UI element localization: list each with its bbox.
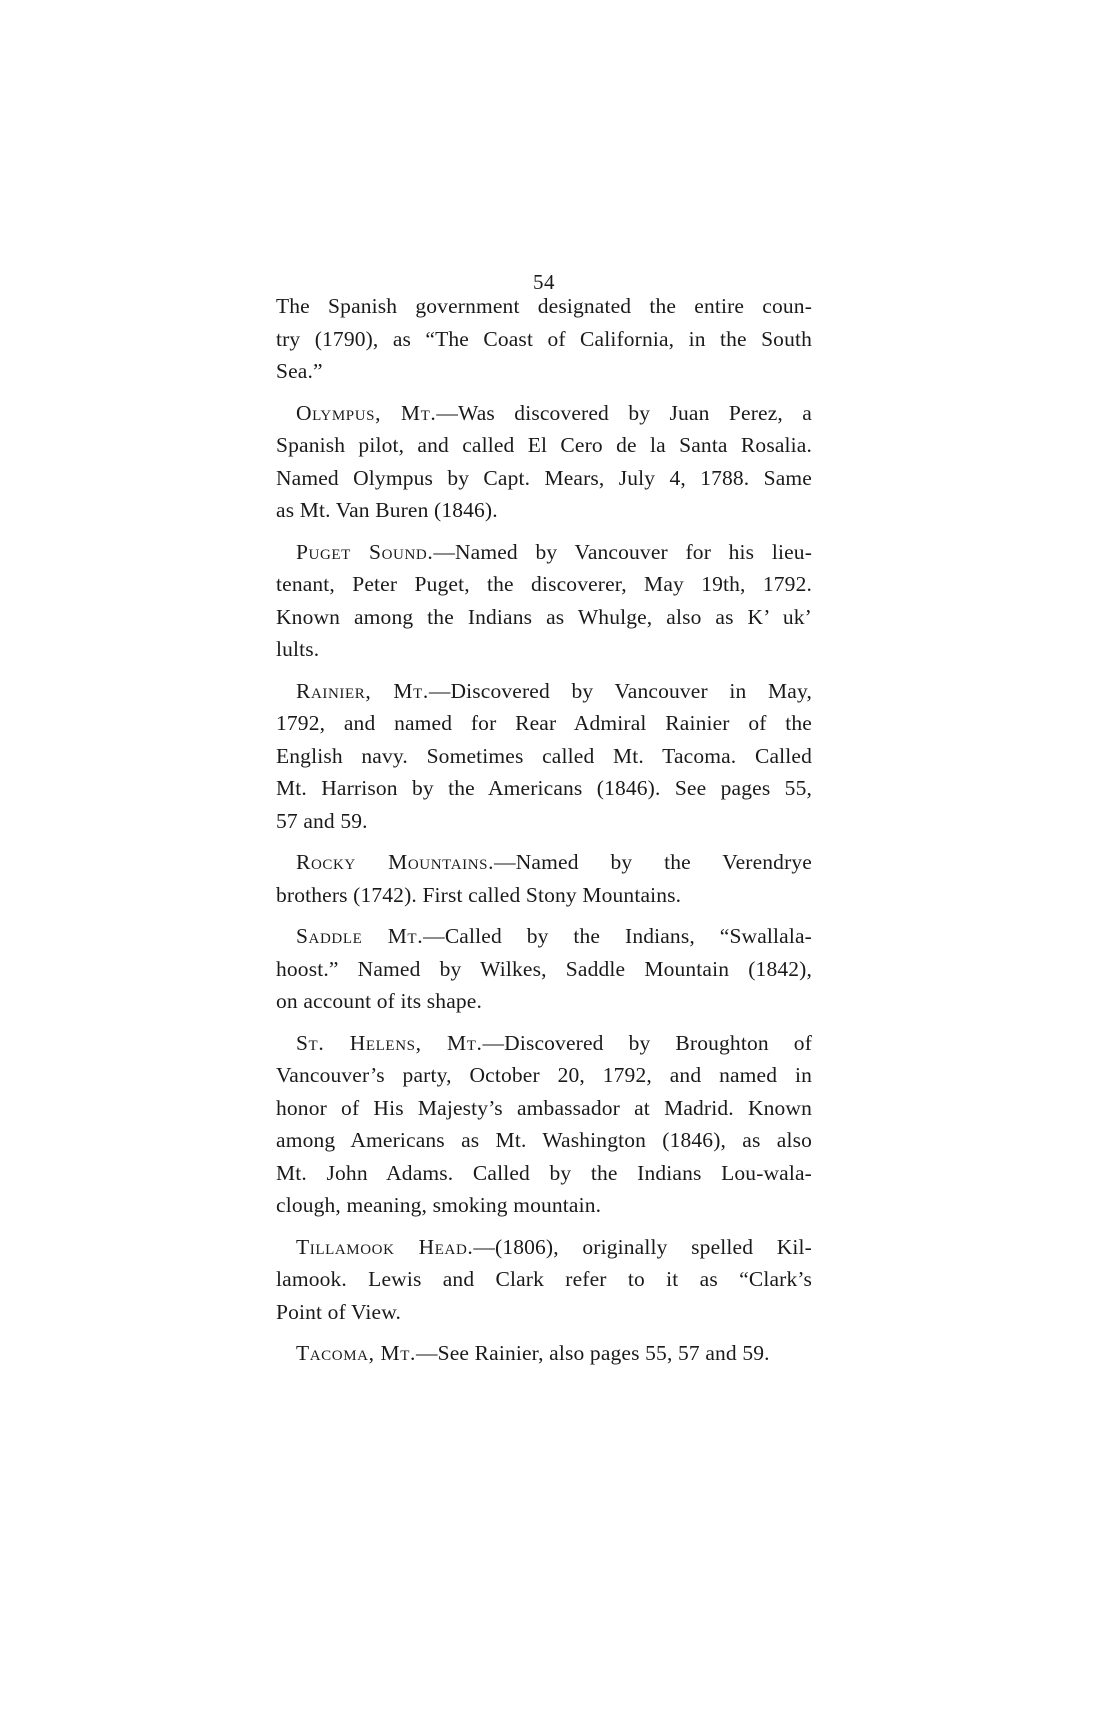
paragraph-coast-of-california: The Spanish government designated the en… bbox=[276, 290, 812, 388]
text-line: tenant, Peter Puget, the discoverer, May… bbox=[276, 568, 812, 601]
entry-text: —(1806), originally spelled Kil- bbox=[473, 1235, 812, 1259]
text-line: The Spanish government designated the en… bbox=[276, 290, 812, 323]
text-line: try (1790), as “The Coast of California,… bbox=[276, 323, 812, 356]
text-line: honor of His Majesty’s ambassador at Mad… bbox=[276, 1092, 812, 1125]
text-line: Named Olympus by Capt. Mears, July 4, 17… bbox=[276, 462, 812, 495]
text-line: on account of its shape. bbox=[276, 985, 812, 1018]
entry-tacoma: Tacoma, Mt.—See Rainier, also pages 55, … bbox=[276, 1337, 812, 1370]
entry-heading: Olympus, Mt. bbox=[296, 401, 436, 425]
entry-heading: Saddle Mt. bbox=[296, 924, 423, 948]
entry-heading: Rocky Mountains. bbox=[296, 850, 494, 874]
text-line: lults. bbox=[276, 633, 812, 666]
text-line: clough, meaning, smoking mountain. bbox=[276, 1189, 812, 1222]
text-line: Mt. Harrison by the Americans (1846). Se… bbox=[276, 772, 812, 805]
entry-first-line: Olympus, Mt.—Was discovered by Juan Pere… bbox=[276, 397, 812, 430]
entry-text: —Called by the Indians, “Swallala- bbox=[423, 924, 812, 948]
text-line: Point of View. bbox=[276, 1296, 812, 1329]
text-line: 57 and 59. bbox=[276, 805, 812, 838]
entry-first-line: Rainier, Mt.—Discovered by Vancouver in … bbox=[276, 675, 812, 708]
text-line: Sea.” bbox=[276, 355, 812, 388]
entry-saddle-mt: Saddle Mt.—Called by the Indians, “Swall… bbox=[276, 920, 812, 1018]
text-line: Mt. John Adams. Called by the Indians Lo… bbox=[276, 1157, 812, 1190]
entry-first-line: Saddle Mt.—Called by the Indians, “Swall… bbox=[276, 920, 812, 953]
entry-rocky-mountains: Rocky Mountains.—Named by the Verendrye … bbox=[276, 846, 812, 911]
entry-text: —Was discovered by Juan Perez, a bbox=[436, 401, 812, 425]
text-line: lamook. Lewis and Clark refer to it as “… bbox=[276, 1263, 812, 1296]
entry-heading: Tacoma, Mt. bbox=[296, 1341, 416, 1365]
entry-first-line: Tacoma, Mt.—See Rainier, also pages 55, … bbox=[276, 1337, 812, 1370]
entry-heading: Tillamook Head. bbox=[296, 1235, 473, 1259]
entry-olympus: Olympus, Mt.—Was discovered by Juan Pere… bbox=[276, 397, 812, 527]
entry-heading: Puget Sound. bbox=[296, 540, 433, 564]
entry-first-line: St. Helens, Mt.—Discovered by Broughton … bbox=[276, 1027, 812, 1060]
text-line: Spanish pilot, and called El Cero de la … bbox=[276, 429, 812, 462]
text-line: as Mt. Van Buren (1846). bbox=[276, 494, 812, 527]
entry-tillamook-head: Tillamook Head.—(1806), originally spell… bbox=[276, 1231, 812, 1329]
entry-text: —Discovered by Broughton of bbox=[483, 1031, 813, 1055]
entry-heading: Rainier, Mt. bbox=[296, 679, 429, 703]
entry-rainier: Rainier, Mt.—Discovered by Vancouver in … bbox=[276, 675, 812, 838]
entry-first-line: Rocky Mountains.—Named by the Verendrye bbox=[276, 846, 812, 879]
text-line: Vancouver’s party, October 20, 1792, and… bbox=[276, 1059, 812, 1092]
text-line: 1792, and named for Rear Admiral Rainier… bbox=[276, 707, 812, 740]
page-body: The Spanish government designated the en… bbox=[276, 290, 812, 1370]
text-line: hoost.” Named by Wilkes, Saddle Mountain… bbox=[276, 953, 812, 986]
entry-text: —Discovered by Vancouver in May, bbox=[429, 679, 812, 703]
entry-first-line: Tillamook Head.—(1806), originally spell… bbox=[276, 1231, 812, 1264]
entry-text: —Named by Vancouver for his lieu- bbox=[433, 540, 812, 564]
entry-text: —See Rainier, also pages 55, 57 and 59. bbox=[416, 1341, 770, 1365]
entry-heading: St. Helens, Mt. bbox=[296, 1031, 483, 1055]
entry-first-line: Puget Sound.—Named by Vancouver for his … bbox=[276, 536, 812, 569]
entry-text: —Named by the Verendrye bbox=[494, 850, 812, 874]
text-line: English navy. Sometimes called Mt. Tacom… bbox=[276, 740, 812, 773]
entry-puget-sound: Puget Sound.—Named by Vancouver for his … bbox=[276, 536, 812, 666]
text-line: among Americans as Mt. Washington (1846)… bbox=[276, 1124, 812, 1157]
text-line: brothers (1742). First called Stony Moun… bbox=[276, 879, 812, 912]
text-line: Known among the Indians as Whulge, also … bbox=[276, 601, 812, 634]
entry-st-helens: St. Helens, Mt.—Discovered by Broughton … bbox=[276, 1027, 812, 1222]
